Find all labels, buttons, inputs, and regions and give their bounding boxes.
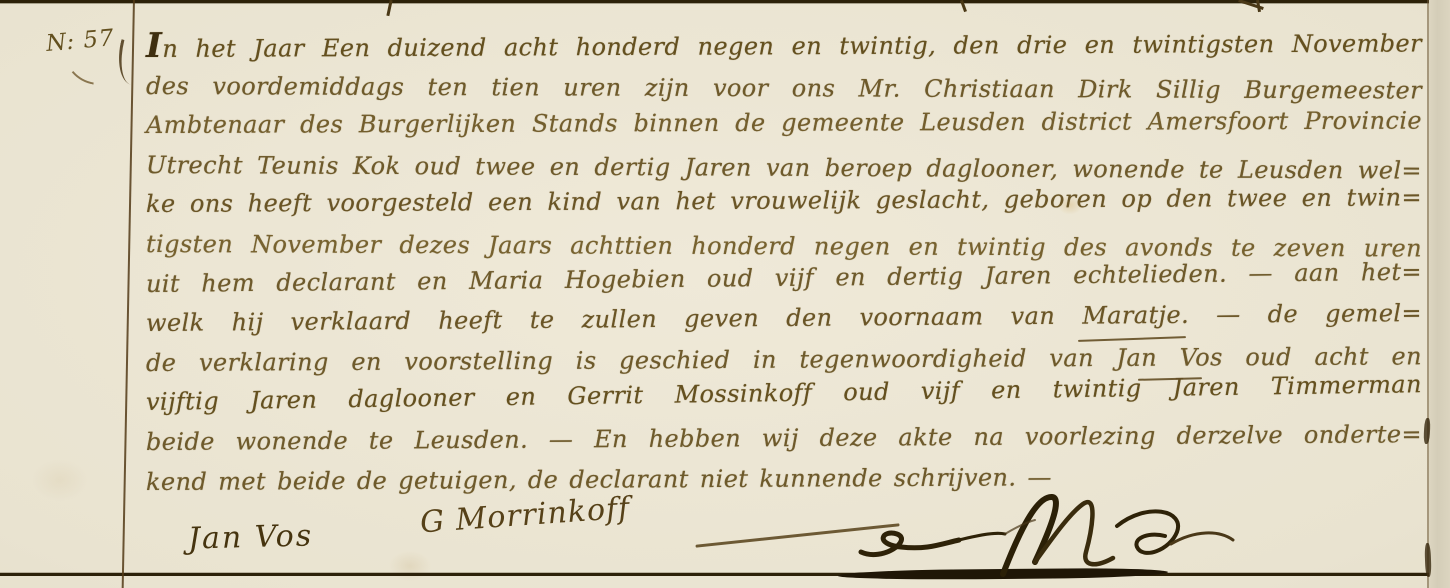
record-line: welk hij verklaard heeft te zullen geven… [146, 294, 1422, 344]
signature-jan-vos: Jan Vos [188, 518, 314, 556]
document-scan: N: 57 In het Jaar Een duizend acht honde… [0, 0, 1450, 588]
act-text: In het Jaar Een duizend acht honderd neg… [146, 27, 1422, 502]
page-fold-band [1429, 0, 1450, 588]
record-line: Ambtenaar des Burgerlijken Stands binnen… [146, 102, 1422, 146]
record-number: N: 57 [45, 25, 116, 57]
official-signature-flourish [855, 488, 1250, 583]
opening-flourish [111, 39, 149, 87]
top-rule [0, 0, 1450, 3]
margin-column-line [122, 0, 135, 588]
record-line: In het Jaar Een duizend acht honderd neg… [146, 21, 1422, 66]
record-line: ke ons heeft voorgesteld een kind van he… [146, 179, 1422, 225]
record-number-flourish [62, 53, 98, 84]
record-line: beide wonende te Leusden. — En hebben wi… [146, 415, 1422, 462]
